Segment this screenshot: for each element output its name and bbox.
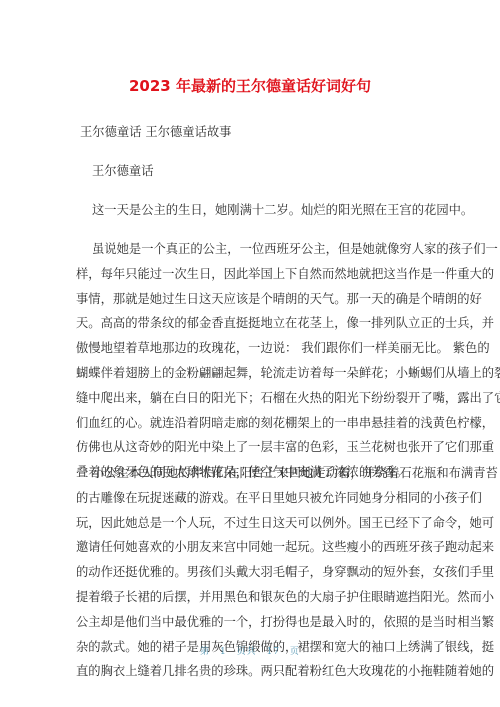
paragraph-line: 邀请任何她喜欢的小朋友来宫中同她一起玩。这些瘦小的西班牙孩子跑动起来	[76, 535, 428, 560]
document-subtitle: 王尔德童话 王尔德童话故事	[80, 122, 231, 140]
paragraph-line: 样，每年只能过一次生日，因此举国上下自然而然地就把这当作是一件重大的	[76, 262, 428, 287]
footer-prefix: 第	[200, 647, 210, 657]
paragraph-line: 的动作还挺优雅的。男孩们头戴大羽毛帽子，身穿飘动的短外套，女孩们手里	[76, 560, 428, 585]
paragraph-line: 公主却是他们当中最优雅的一个，打扮得也是最入时的，依照的是当时相当繁	[76, 610, 428, 635]
paragraph-2: 虽说她是一个真正的公主，一位西班牙公主，但是她就像穷人家的孩子们一 样，每年只能…	[76, 237, 428, 485]
paragraph-line: 缝中爬出来，躺在白日的阳光下；石榴在火热的阳光下纷纷裂开了嘴，露出了它	[76, 386, 428, 411]
section-heading: 王尔德童话	[92, 161, 154, 179]
total-pages: 17	[267, 647, 280, 657]
paragraph-line: 玩，因此她总是一个人玩，不过生日这天可以例外。国王已经下了命令，她可	[76, 511, 428, 536]
paragraph-line: 虽说她是一个真正的公主，一位西班牙公主，但是她就像穷人家的孩子们一	[76, 237, 428, 262]
paragraph-line: 直的胸衣上缝着几排名贵的珍珠。两只配着粉红色大玫瑰花的小拖鞋随着她的	[76, 659, 428, 684]
paragraph-line: 傲慢地望着草地那边的玫瑰花，一边说： 我们跟你们一样美丽无比。 紫色的	[76, 336, 428, 361]
paragraph-line: 的古雕像在玩捉迷藏的游戏。在平日里她只被允许同她身分相同的小孩子们	[76, 486, 428, 511]
document-title: 2023 年最新的王尔德童话好词好句	[0, 75, 500, 96]
paragraph-line: 提着缎子长裙的后摆，并用黑色和银灰色的大扇子护住眼睛遮挡阳光。然而小	[76, 585, 428, 610]
paragraph-line: 们血红的心。就连沿着阴暗走廊的刻花棚架上的一串串悬挂着的浅黄色柠檬，	[76, 411, 428, 436]
current-page-number: 1	[220, 647, 227, 657]
paragraph-line: 天。高高的带条纹的郁金香直挺挺地立在花茎上，像一排列队立正的士兵，并	[76, 311, 428, 336]
page-footer: 第 1 页共 17 页	[0, 644, 500, 657]
footer-suffix: 页	[290, 647, 300, 657]
paragraph-line: 这一天是公主的生日，她刚满十二岁。灿烂的阳光照在王宫的花园中。	[76, 198, 428, 223]
paragraph-line: 仿佛也从这奇妙的阳光中染上了一层丰富的色彩，玉兰花树也张开了它们那重	[76, 435, 428, 460]
paragraph-line: 小公主本人同她的伴侣们在阳台上来回地走动着，并绕着石花瓶和布满青苔	[76, 461, 428, 486]
paragraph-line: 蝴蝶伴着翅膀上的金粉翩翩起舞，轮流走访着每一朵鲜花；小蜥蜴们从墙上的裂	[76, 361, 428, 386]
footer-middle: 页共	[237, 647, 257, 657]
document-page: 2023 年最新的王尔德童话好词好句 王尔德童话 王尔德童话故事 王尔德童话 这…	[0, 0, 500, 707]
paragraph-1: 这一天是公主的生日，她刚满十二岁。灿烂的阳光照在王宫的花园中。	[76, 198, 428, 223]
paragraph-line: 事情，那就是她过生日这天应该是个晴朗的天气。那一天的确是个晴朗的好	[76, 287, 428, 312]
